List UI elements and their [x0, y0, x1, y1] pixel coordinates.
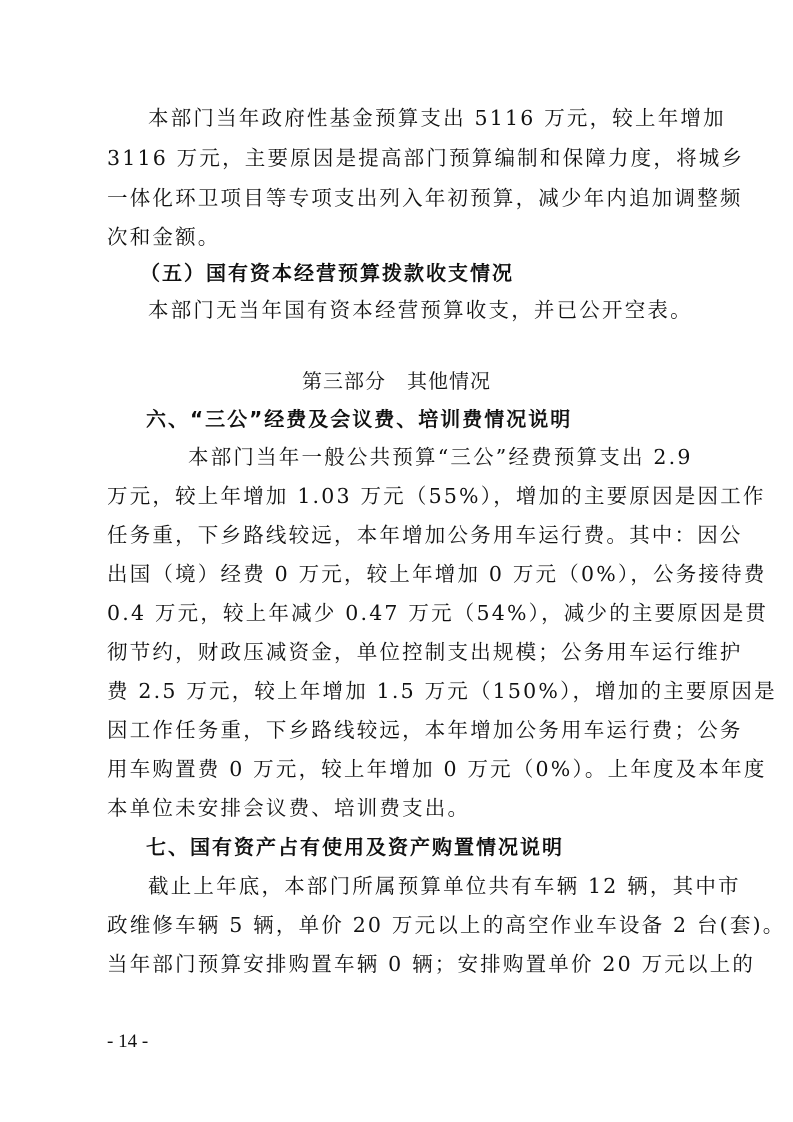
- document-page: 本部门当年政府性基金预算支出 5116 万元，较上年增加 3116 万元，主要原…: [0, 0, 793, 1122]
- paragraph-line: 费 2.5 万元，较上年增加 1.5 万元（150%），增加的主要原因是: [107, 676, 691, 706]
- paragraph-line: 本部门当年一般公共预算“三公”经费预算支出 2.9: [188, 442, 691, 472]
- part-title: 第三部分 其他情况: [0, 366, 793, 396]
- paragraph-line: 本单位未安排会议费、培训费支出。: [107, 793, 691, 823]
- paragraph-line: 3116 万元，主要原因是提高部门预算编制和保障力度，将城乡: [107, 143, 691, 173]
- page-number: - 14 -: [107, 1030, 148, 1054]
- paragraph-line: 本部门无当年国有资本经营预算收支，并已公开空表。: [148, 295, 691, 325]
- paragraph-line: 彻节约，财政压减资金，单位控制支出规模；公务用车运行维护: [107, 637, 691, 667]
- paragraph-line: 次和金额。: [107, 222, 691, 252]
- paragraph-line: 政维修车辆 5 辆，单价 20 万元以上的高空作业车设备 2 台(套)。: [107, 910, 691, 940]
- paragraph-line: 任务重，下乡路线较远，本年增加公务用车运行费。其中：因公: [107, 520, 691, 550]
- section-heading-three-public: 六、“三公”经费及会议费、培训费情况说明: [146, 404, 572, 434]
- paragraph-line: 用车购置费 0 万元，较上年增加 0 万元（0%）。上年度及本年度: [107, 754, 691, 784]
- paragraph-line: 万元，较上年增加 1.03 万元（55%），增加的主要原因是因工作: [107, 481, 691, 511]
- paragraph-line: 因工作任务重，下乡路线较远，本年增加公务用车运行费；公务: [107, 715, 691, 745]
- paragraph-line: 截止上年底，本部门所属预算单位共有车辆 12 辆，其中市: [148, 871, 691, 901]
- paragraph-line: 本部门当年政府性基金预算支出 5116 万元，较上年增加: [148, 103, 691, 133]
- section-heading-state-assets: 七、国有资产占有使用及资产购置情况说明: [146, 832, 564, 862]
- paragraph-line: 一体化环卫项目等专项支出列入年初预算，减少年内追加调整频: [107, 183, 691, 213]
- paragraph-line: 出国（境）经费 0 万元，较上年增加 0 万元（0%），公务接待费: [107, 559, 691, 589]
- section-heading-state-capital: （五）国有资本经营预算拨款收支情况: [140, 258, 514, 288]
- paragraph-line: 当年部门预算安排购置车辆 0 辆；安排购置单价 20 万元以上的: [107, 949, 691, 979]
- paragraph-line: 0.4 万元，较上年减少 0.47 万元（54%），减少的主要原因是贯: [107, 598, 691, 628]
